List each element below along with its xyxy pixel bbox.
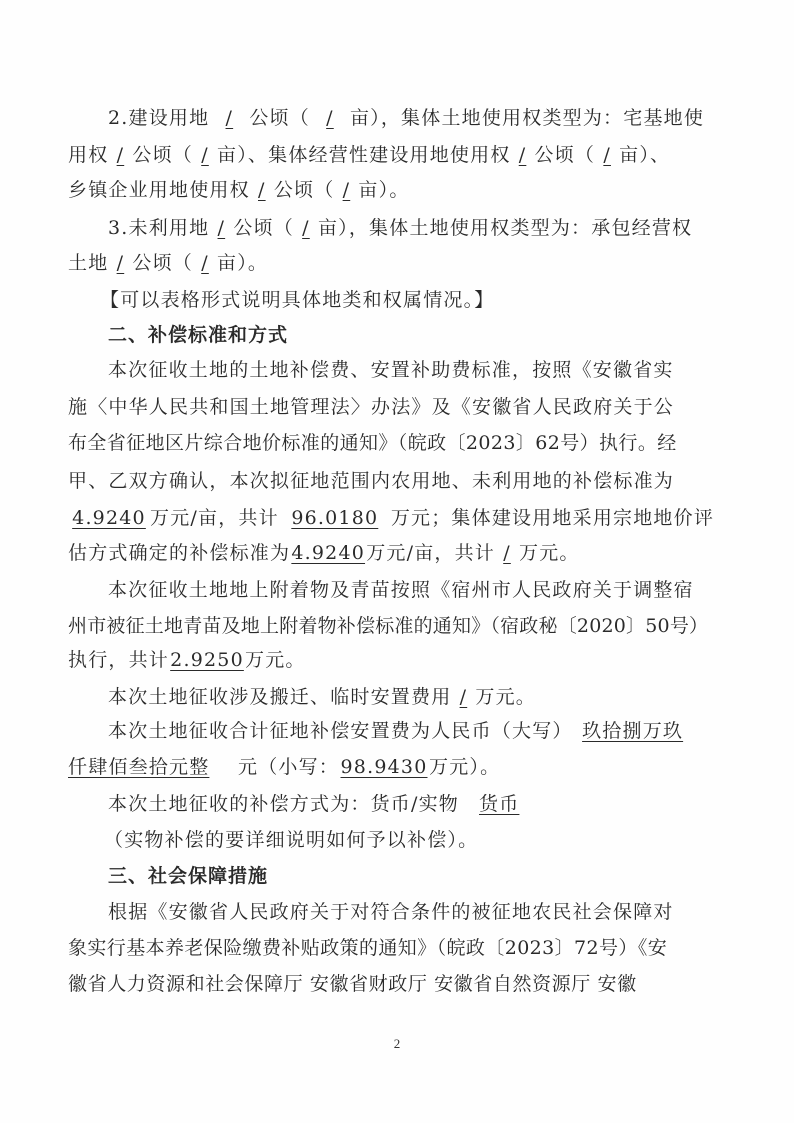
total-lowercase-line: 仟肆佰叁拾元整元（小写：98.9430万元）。 <box>68 749 720 785</box>
compensation-method-line: 本次土地征收的补偿方式为：货币/实物货币 <box>108 786 720 822</box>
total-value: 96.0180 <box>279 500 391 536</box>
text: 乡镇企业用地使用权 <box>68 179 250 201</box>
relocation-value: / <box>451 679 475 715</box>
blank-field: / <box>595 137 619 173</box>
land-construction-line: 2.建设用地/公顷（/亩），集体土地使用权类型为：宅基地使 <box>108 100 720 136</box>
text: 土地 <box>68 252 108 274</box>
section-heading-compensation: 二、补偿标准和方式 <box>108 317 720 353</box>
text: 本次土地征收合计征地补偿安置费为人民币（大写） <box>108 720 573 742</box>
total-lowercase-value: 98.9430 <box>339 749 429 785</box>
text: 公顷（ <box>233 217 294 239</box>
paragraph-line: 本次征收土地的土地补偿费、安置补助费标准，按照《安徽省实 <box>108 352 720 388</box>
text: 公顷（ <box>249 107 310 129</box>
text: 万元。 <box>519 542 580 564</box>
paragraph-line: 甲、乙双方确认，本次拟征地范围内农用地、未利用地的补偿标准为 <box>68 463 720 499</box>
paragraph-line: 本次征收土地地上附着物及青苗按照《宿州市人民政府关于调整宿 <box>108 572 720 608</box>
text: 亩），集体土地使用权类型为：宅基地使 <box>350 107 704 129</box>
blank-field: / <box>209 100 249 136</box>
total-uppercase-line: 本次土地征收合计征地补偿安置费为人民币（大写）玖拾捌万玖 <box>108 713 720 749</box>
relocation-line: 本次土地征收涉及搬迁、临时安置费用/万元。 <box>108 679 720 715</box>
text: 2.建设用地 <box>108 107 209 129</box>
unused-land-line: 3.未利用地/公顷（/亩），集体土地使用权类型为：承包经营权 <box>108 210 720 246</box>
blank-field: / <box>108 245 132 281</box>
blank-field: / <box>250 172 274 208</box>
text: 用权 <box>68 144 108 166</box>
method-note: （实物补偿的要详细说明如何予以补偿）。 <box>104 822 716 858</box>
table-note: 【可以表格形式说明具体地类和权属情况。】 <box>100 282 712 318</box>
text: 3.未利用地 <box>108 217 209 239</box>
land-use-rights-line: 用权/公顷（/亩）、集体经营性建设用地使用权/公顷（/亩）、 <box>68 137 720 173</box>
text: 本次土地征收的补偿方式为：货币/实物 <box>108 793 459 815</box>
blank-field: / <box>209 210 233 246</box>
text: 万元。 <box>245 649 306 671</box>
compensation-method-value: 货币 <box>459 786 695 822</box>
blank-field: / <box>193 245 217 281</box>
text: 万元。 <box>475 686 536 708</box>
document-page: 2.建设用地/公顷（/亩），集体土地使用权类型为：宅基地使 用权/公顷（/亩）、… <box>0 0 794 1123</box>
text: 公顷（ <box>132 144 193 166</box>
attachments-total-line: 执行，共计2.9250万元。 <box>68 642 720 678</box>
page-number: 2 <box>390 1036 404 1052</box>
contract-land-line: 土地/公顷（/亩）。 <box>68 245 720 281</box>
text: 亩）。 <box>358 179 409 201</box>
paragraph-line: 徽省人力资源和社会保障厅 安徽省财政厅 安徽省自然资源厅 安徽 <box>68 966 720 1002</box>
total-value: / <box>495 535 519 571</box>
text: 亩）、集体经营性建设用地使用权 <box>217 144 511 166</box>
blank-field: / <box>334 172 358 208</box>
collective-land-line: 估方式确定的补偿标准为4.9240万元/亩，共计/万元。 <box>68 535 720 571</box>
text: 亩）、 <box>619 144 670 166</box>
text: 万元/亩，共计 <box>366 542 495 564</box>
paragraph-line: 象实行基本养老保险缴费补贴政策的通知》（皖政〔2023〕72号）《安 <box>68 930 720 966</box>
text: 元（小写： <box>238 756 339 778</box>
blank-field: / <box>193 137 217 173</box>
blank-field: / <box>108 137 132 173</box>
paragraph-line: 施〈中华人民共和国土地管理法〉办法》及《安徽省人民政府关于公 <box>68 389 720 425</box>
attachments-value: 2.9250 <box>169 642 245 678</box>
standard-value: 4.9240 <box>68 500 150 536</box>
paragraph-line: 州市被征土地青苗及地上附着物补偿标准的通知》（宿政秘〔2020〕50号） <box>68 608 720 644</box>
text: 亩）。 <box>217 252 268 274</box>
text: 公顷（ <box>535 144 596 166</box>
compensation-amount-line: 4.9240万元/亩，共计96.0180万元；集体建设用地采用宗地地价评 <box>68 500 720 536</box>
total-uppercase-value: 玖拾捌万玖 <box>573 713 693 749</box>
text: 万元/亩，共计 <box>150 507 279 529</box>
text: 亩），集体土地使用权类型为：承包经营权 <box>318 217 692 239</box>
text: 公顷（ <box>274 179 335 201</box>
text: 万元）。 <box>429 756 500 778</box>
text: 公顷（ <box>132 252 193 274</box>
text: 本次土地征收涉及搬迁、临时安置费用 <box>108 686 451 708</box>
blank-field: / <box>310 100 350 136</box>
blank-field: / <box>511 137 535 173</box>
blank-field: / <box>294 210 318 246</box>
total-uppercase-value-cont: 仟肆佰叁拾元整 <box>68 749 238 785</box>
township-enterprise-line: 乡镇企业用地使用权/公顷（/亩）。 <box>68 172 720 208</box>
text: 万元；集体建设用地采用宗地地价评 <box>391 507 714 529</box>
paragraph-line: 布全省征地区片综合地价标准的通知》（皖政〔2023〕62号）执行。经 <box>68 425 720 461</box>
text: 估方式确定的补偿标准为 <box>68 542 290 564</box>
text: 执行，共计 <box>68 649 169 671</box>
standard-value: 4.9240 <box>290 535 366 571</box>
section-heading-social-security: 三、社会保障措施 <box>108 858 720 894</box>
paragraph-line: 根据《安徽省人民政府关于对符合条件的被征地农民社会保障对 <box>108 894 720 930</box>
